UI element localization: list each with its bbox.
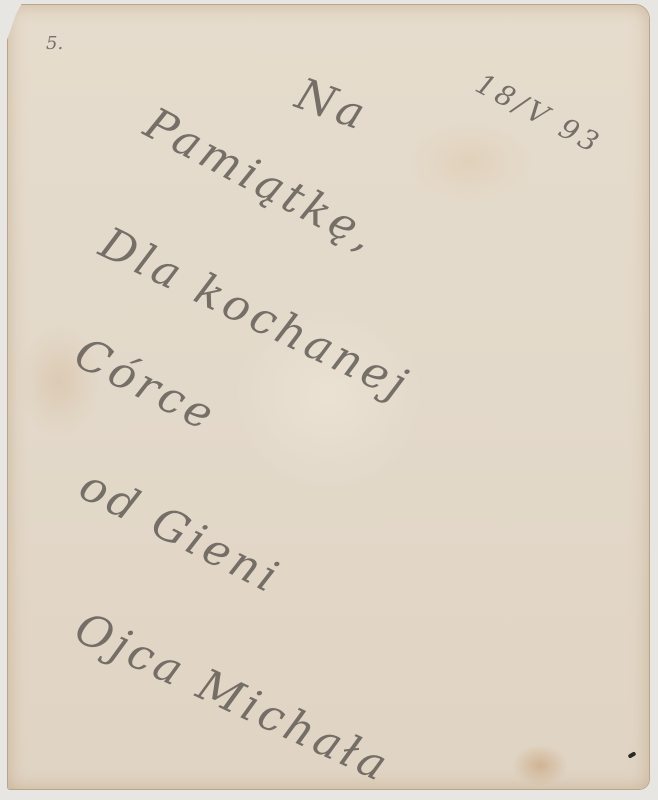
inscription-line: Ojca Michała	[67, 602, 398, 793]
handwritten-card: 5. 18/V 93 Na Pamiątkę, Dla kochanej Cór…	[8, 5, 649, 789]
inscription-line: Córce	[66, 328, 224, 442]
inscription-line: od Gieni	[71, 460, 289, 605]
date-inscription: 18/V 93	[470, 67, 607, 161]
inscription-line: Na	[289, 69, 375, 142]
corner-number: 5.	[46, 33, 63, 54]
ink-mark	[628, 751, 637, 758]
